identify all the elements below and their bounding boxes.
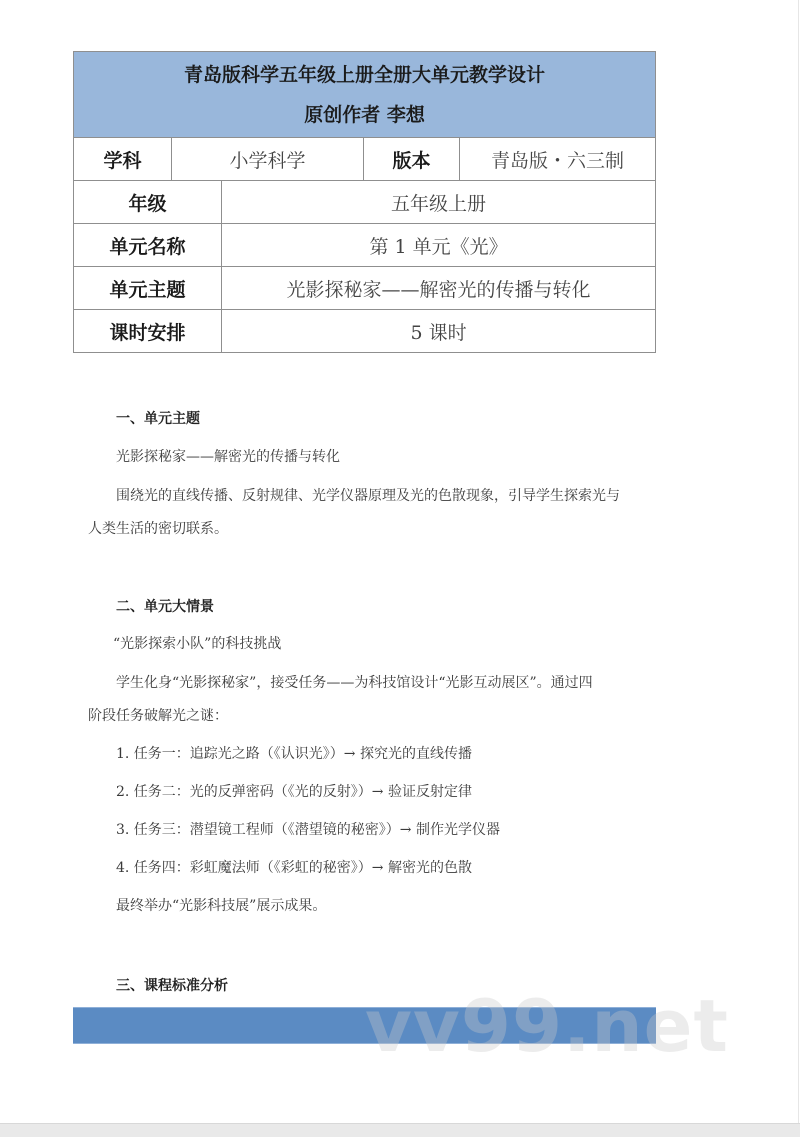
- section-3-heading: 三、课程标准分析: [116, 975, 228, 995]
- table-row-unit-name: 单元名称 第 1 单元《光》: [74, 224, 656, 267]
- section-2-heading: 二、单元大情景: [116, 596, 214, 616]
- table-header: 青岛版科学五年级上册全册大单元教学设计 原创作者 李想: [74, 52, 656, 138]
- section-2-subtitle: “光影探索小队”的科技挑战: [113, 633, 281, 653]
- edition-value: 青岛版・六三制: [460, 138, 656, 181]
- task-item-1: 1. 任务一：追踪光之路（《认识光》）→ 探究光的直线传播: [116, 743, 472, 763]
- section-2-body-line2: 阶段任务破解光之谜：: [88, 705, 228, 725]
- table-row-schedule: 课时安排 5 课时: [74, 310, 656, 353]
- section-1-heading: 一、单元主题: [116, 408, 200, 428]
- unit-theme-value: 光影探秘家——解密光的传播与转化: [222, 267, 656, 310]
- watermark: vv99.net: [365, 990, 729, 1062]
- unit-theme-label: 单元主题: [74, 267, 222, 310]
- section-2-closing: 最终举办“光影科技展”展示成果。: [116, 895, 326, 915]
- subject-value: 小学科学: [172, 138, 364, 181]
- task-item-3: 3. 任务三：潜望镜工程师（《潜望镜的秘密》）→ 制作光学仪器: [116, 819, 500, 839]
- unit-name-value: 第 1 单元《光》: [222, 224, 656, 267]
- section-1-body-line1: 围绕光的直线传播、反射规律、光学仪器原理及光的色散现象，引导学生探索光与: [116, 485, 620, 505]
- task-item-2: 2. 任务二：光的反弹密码（《光的反射》）→ 验证反射定律: [116, 781, 472, 801]
- table-row-subject: 学科 小学科学 版本 青岛版・六三制: [74, 138, 656, 181]
- page-bottom-edge: [0, 1123, 800, 1137]
- schedule-label: 课时安排: [74, 310, 222, 353]
- author-line: 原创作者 李想: [74, 95, 655, 135]
- section-1-subtitle: 光影探秘家——解密光的传播与转化: [116, 446, 340, 466]
- grade-label: 年级: [74, 181, 222, 224]
- table-row-grade: 年级 五年级上册: [74, 181, 656, 224]
- document-title: 青岛版科学五年级上册全册大单元教学设计: [74, 55, 655, 95]
- section-2-body-line1: 学生化身“光影探秘家”，接受任务——为科技馆设计“光影互动展区”。通过四: [116, 672, 593, 692]
- section-1-body-line2: 人类生活的密切联系。: [88, 518, 228, 538]
- document-page: 青岛版科学五年级上册全册大单元教学设计 原创作者 李想 学科 小学科学 版本 青…: [0, 0, 799, 1124]
- unit-name-label: 单元名称: [74, 224, 222, 267]
- edition-label: 版本: [364, 138, 460, 181]
- table-row-unit-theme: 单元主题 光影探秘家——解密光的传播与转化: [74, 267, 656, 310]
- subject-label: 学科: [74, 138, 172, 181]
- schedule-value: 5 课时: [222, 310, 656, 353]
- info-table: 青岛版科学五年级上册全册大单元教学设计 原创作者 李想 学科 小学科学 版本 青…: [73, 51, 656, 353]
- task-item-4: 4. 任务四：彩虹魔法师（《彩虹的秘密》）→ 解密光的色散: [116, 857, 472, 877]
- grade-value: 五年级上册: [222, 181, 656, 224]
